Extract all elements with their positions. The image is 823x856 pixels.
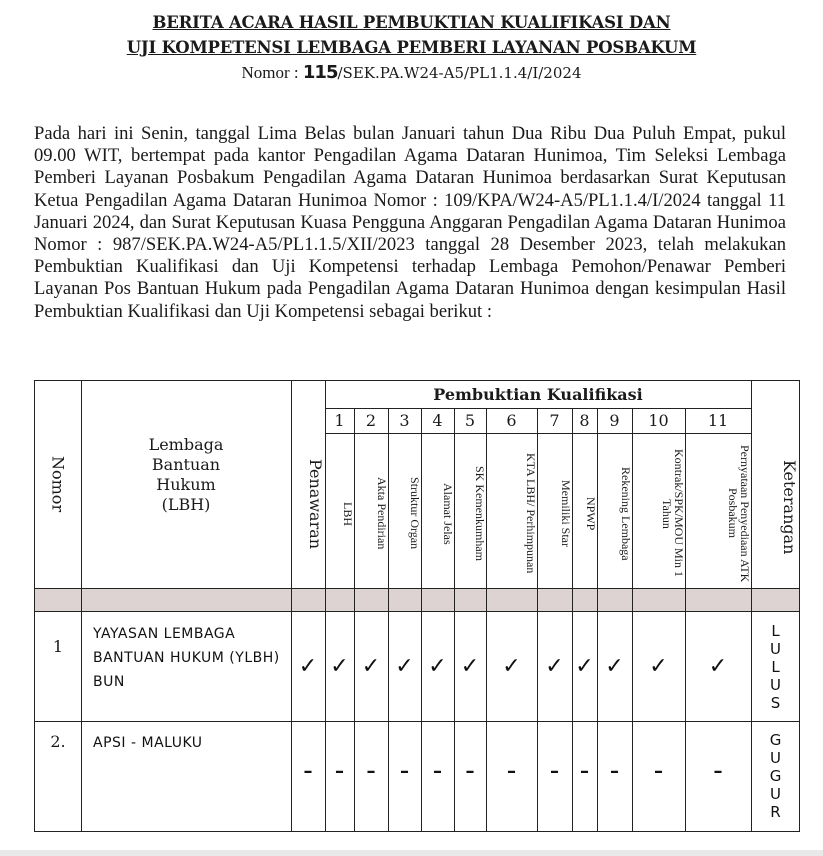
row-lembaga-name: YAYASAN LEMBAGA BANTUAN HUKUM (YLBH) BUN (93, 622, 283, 701)
check-mark-icon: ✓ (388, 612, 421, 721)
criterion-number: 3 (388, 408, 421, 433)
criterion-number: 1 (325, 408, 354, 433)
row-number: 1 (35, 612, 81, 681)
criterion-number: 7 (537, 408, 572, 433)
header-pembuktian-kualifikasi: Pembuktian Kualifikasi (325, 381, 751, 408)
row-lembaga-name: APSI - MALUKU (93, 731, 283, 771)
dash-mark: – (454, 721, 486, 821)
check-mark-icon: ✓ (486, 612, 537, 721)
page-bottom-strip (0, 850, 823, 856)
check-mark-icon: ✓ (572, 612, 597, 721)
criterion-number: 5 (454, 408, 486, 433)
check-mark-icon: ✓ (537, 612, 572, 721)
criterion-number: 10 (632, 408, 685, 433)
criterion-number: 6 (486, 408, 537, 433)
criterion-label: NPWP (572, 433, 597, 588)
dash-mark: – (537, 721, 572, 821)
dash-mark: – (325, 721, 354, 821)
dash-mark: – (597, 721, 632, 821)
document-number-handwritten: 115 (303, 62, 338, 83)
dash-mark: – (486, 721, 537, 821)
criterion-number: 2 (354, 408, 388, 433)
dash-mark: – (632, 721, 685, 821)
row-keterangan: LULUS (751, 612, 799, 721)
document-title-line-2: UJI KOMPETENSI LEMBAGA PEMBERI LAYANAN P… (0, 38, 823, 57)
header-lembaga: Lembaga Bantuan Hukum (LBH) (81, 381, 291, 568)
header-nomor: Nomor (35, 381, 81, 588)
criterion-number: 8 (572, 408, 597, 433)
criterion-number: 4 (421, 408, 454, 433)
criterion-number: 11 (685, 408, 751, 433)
penawaran-mark: ✓ (291, 612, 325, 721)
body-paragraph: Pada hari ini Senin, tanggal Lima Belas … (34, 123, 786, 323)
check-mark-icon: ✓ (632, 612, 685, 721)
criterion-label: SK Kemenkumham (454, 433, 486, 588)
dash-mark: – (421, 721, 454, 821)
check-mark-icon: ✓ (354, 612, 388, 721)
criterion-label: Rekening Lembaga (597, 433, 632, 588)
criterion-label: Memiliki Star (537, 433, 572, 588)
document-number-label: Nomor : (242, 63, 299, 82)
criterion-label: Struktur Organ (388, 433, 421, 588)
dash-mark: – (572, 721, 597, 821)
dash-mark: – (388, 721, 421, 821)
criterion-label: Alamat Jelas (421, 433, 454, 588)
header-keterangan: Keterangan (751, 381, 799, 588)
criterion-label: KTA LBH/ Perhimpunan (486, 433, 537, 588)
check-mark-icon: ✓ (325, 612, 354, 721)
dash-mark: – (685, 721, 751, 821)
check-mark-icon: ✓ (597, 612, 632, 721)
penawaran-mark: – (291, 721, 325, 821)
criterion-label: Pernyataan Penyediaan ATK Posbakum (685, 433, 751, 588)
check-mark-icon: ✓ (421, 612, 454, 721)
dash-mark: – (354, 721, 388, 821)
document-number: Nomor : 115/SEK.PA.W24-A5/PL1.1.4/I/2024 (0, 62, 823, 83)
criterion-label: Akta Pendirian (354, 433, 388, 588)
check-mark-icon: ✓ (454, 612, 486, 721)
criterion-label: LBH (325, 433, 354, 588)
row-number: 2. (35, 721, 81, 761)
qualification-table: NomorLembaga Bantuan Hukum (LBH)Penawara… (34, 380, 800, 832)
header-penawaran: Penawaran (291, 381, 325, 588)
check-mark-icon: ✓ (685, 612, 751, 721)
row-keterangan: GUGUR (751, 721, 799, 831)
document-title-line-1: BERITA ACARA HASIL PEMBUKTIAN KUALIFIKAS… (0, 13, 823, 32)
criterion-label: Kontrak/SPK/MOU Min 1 Tahun (632, 433, 685, 588)
criterion-number: 9 (597, 408, 632, 433)
document-number-code: /SEK.PA.W24-A5/PL1.1.4/I/2024 (337, 64, 581, 82)
